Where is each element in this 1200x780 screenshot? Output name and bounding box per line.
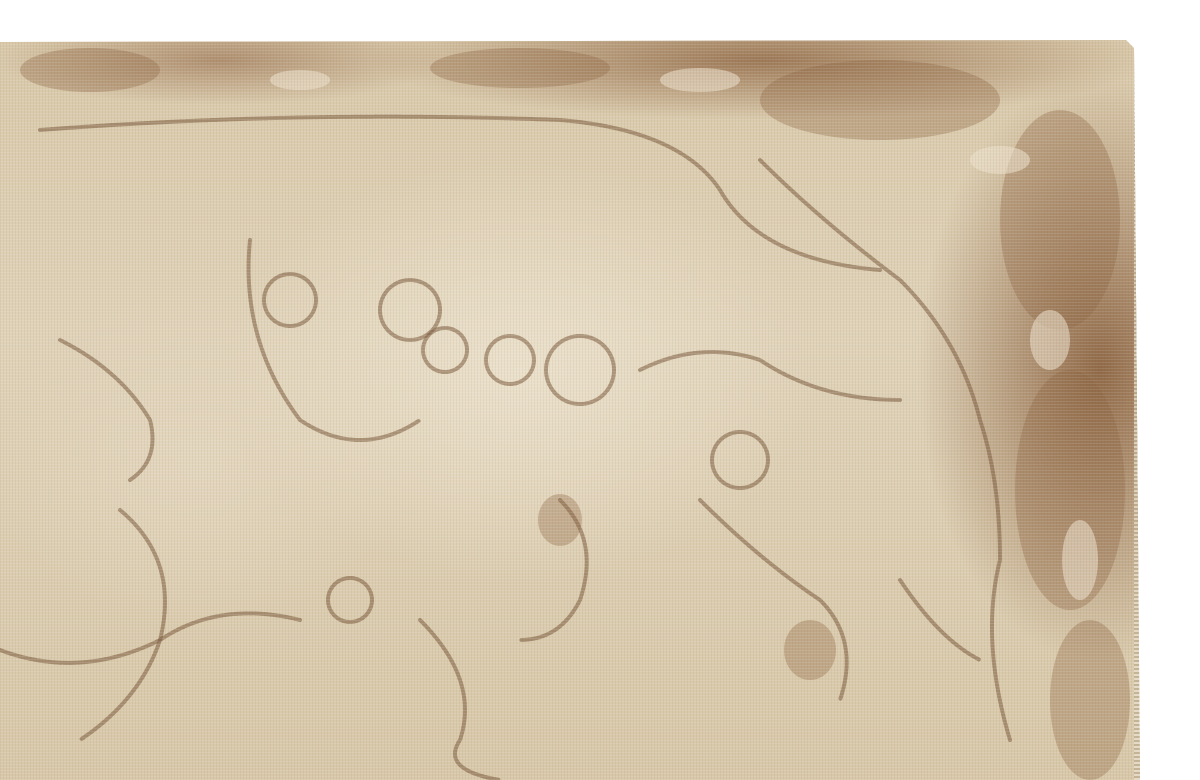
rug-fringe bbox=[1134, 40, 1140, 780]
rug-weave-texture bbox=[0, 40, 1140, 780]
photo-scene bbox=[0, 0, 1200, 780]
rug bbox=[0, 40, 1140, 780]
